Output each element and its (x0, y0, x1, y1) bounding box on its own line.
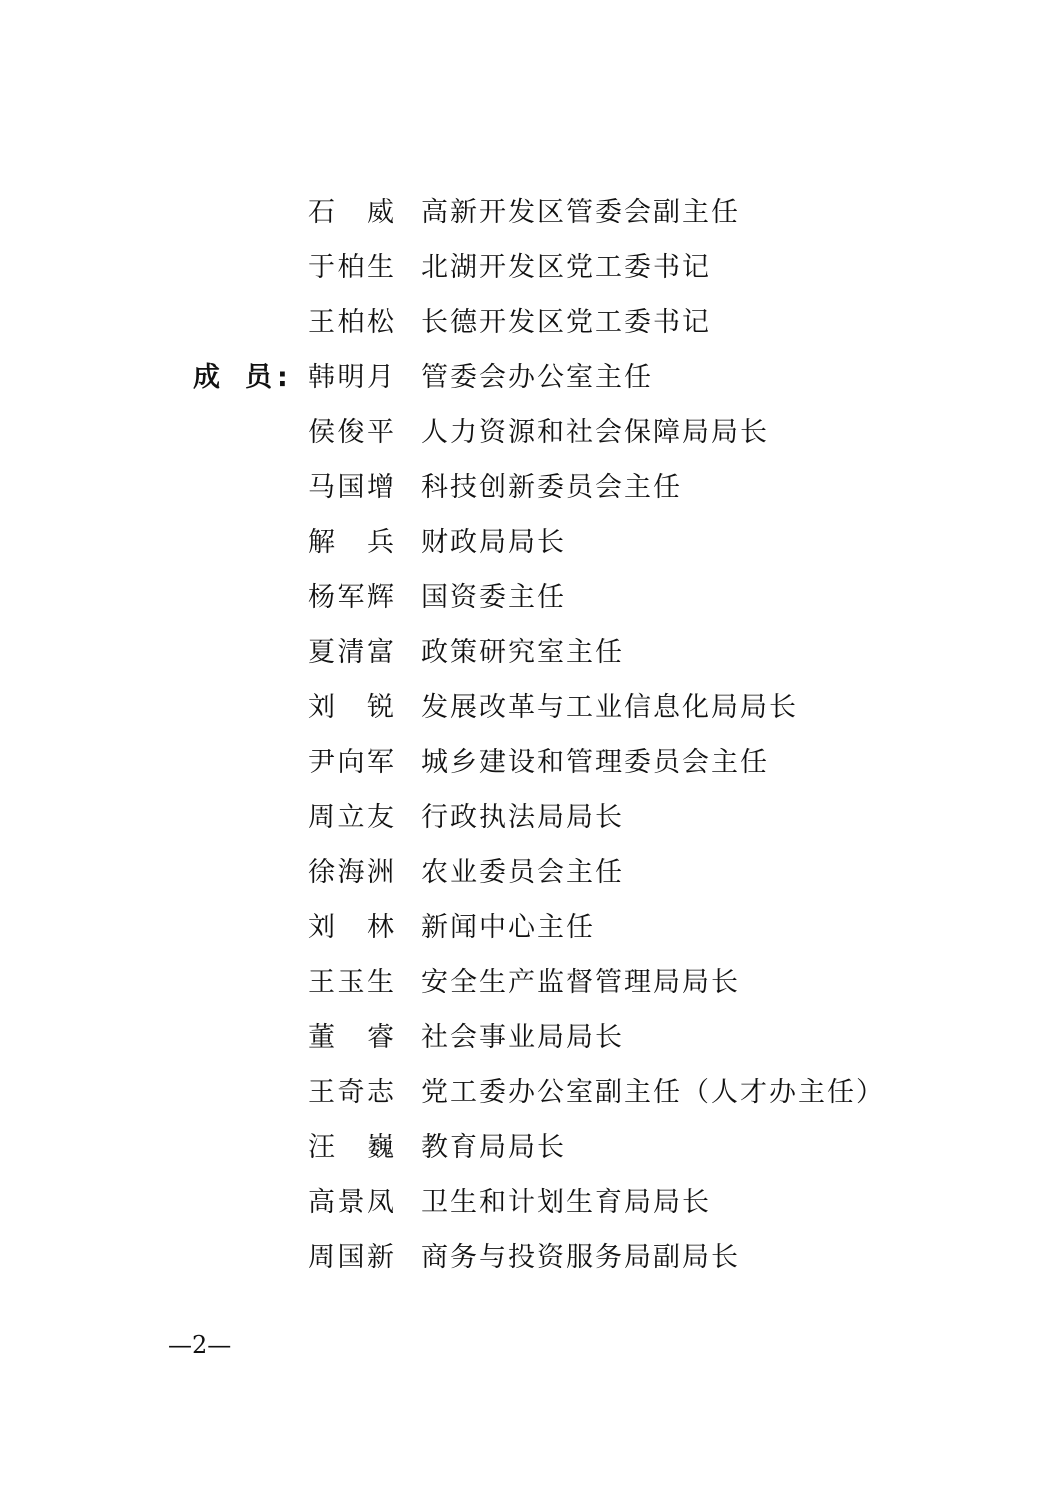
position-title: 管委会办公室主任 (421, 358, 653, 398)
person-name: 侯 俊 平 (308, 413, 394, 453)
person-name: 马 国 增 (308, 468, 394, 508)
person-name: 汪 巍 (308, 1128, 394, 1168)
position-title: 政策研究室主任 (421, 633, 624, 673)
person-name: 刘 林 (308, 908, 394, 948)
person-name: 解 兵 (308, 523, 394, 563)
person-name: 王 柏 松 (308, 303, 394, 343)
person-name: 杨 军 辉 (308, 578, 394, 618)
person-name: 周 国 新 (308, 1238, 394, 1278)
position-title: 科技创新委员会主任 (421, 468, 682, 508)
person-name: 董 睿 (308, 1018, 394, 1058)
person-name: 韩 明 月 (308, 358, 394, 398)
position-title: 新闻中心主任 (421, 908, 595, 948)
position-title: 国资委主任 (421, 578, 566, 618)
person-name: 徐 海 洲 (308, 853, 394, 893)
position-title: 行政执法局局长 (421, 798, 624, 838)
person-name: 夏 清 富 (308, 633, 394, 673)
position-title: 发展改革与工业信息化局局长 (421, 688, 798, 728)
person-name: 王 玉 生 (308, 963, 394, 1003)
person-name: 王 奇 志 (308, 1073, 394, 1113)
position-title: 城乡建设和管理委员会主任 (421, 743, 769, 783)
person-name: 周 立 友 (308, 798, 394, 838)
position-title: 北湖开发区党工委书记 (421, 248, 711, 288)
position-title: 农业委员会主任 (421, 853, 624, 893)
position-title: 财政局局长 (421, 523, 566, 563)
position-title: 卫生和计划生育局局长 (421, 1183, 711, 1223)
position-title: 人力资源和社会保障局局长 (421, 413, 769, 453)
person-name: 高 景 凤 (308, 1183, 394, 1223)
position-title: 商务与投资服务局副局长 (421, 1238, 740, 1278)
person-name: 石 威 (308, 193, 394, 233)
position-title: 教育局局长 (421, 1128, 566, 1168)
position-title: 长德开发区党工委书记 (421, 303, 711, 343)
position-title: 高新开发区管委会副主任 (421, 193, 740, 233)
person-name: 尹 向 军 (308, 743, 394, 783)
person-name: 于 柏 生 (308, 248, 394, 288)
document-page: 石 威 高新开发区管委会副主任 于 柏 生 北湖开发区党工委书记 王 柏 松 长… (0, 0, 1051, 1486)
position-title: 安全生产监督管理局局长 (421, 963, 740, 1003)
position-title: 社会事业局局长 (421, 1018, 624, 1058)
position-title: 党工委办公室副主任（人才办主任） (421, 1073, 885, 1113)
page-number: —2— (168, 1327, 231, 1363)
person-name: 刘 锐 (308, 688, 394, 728)
